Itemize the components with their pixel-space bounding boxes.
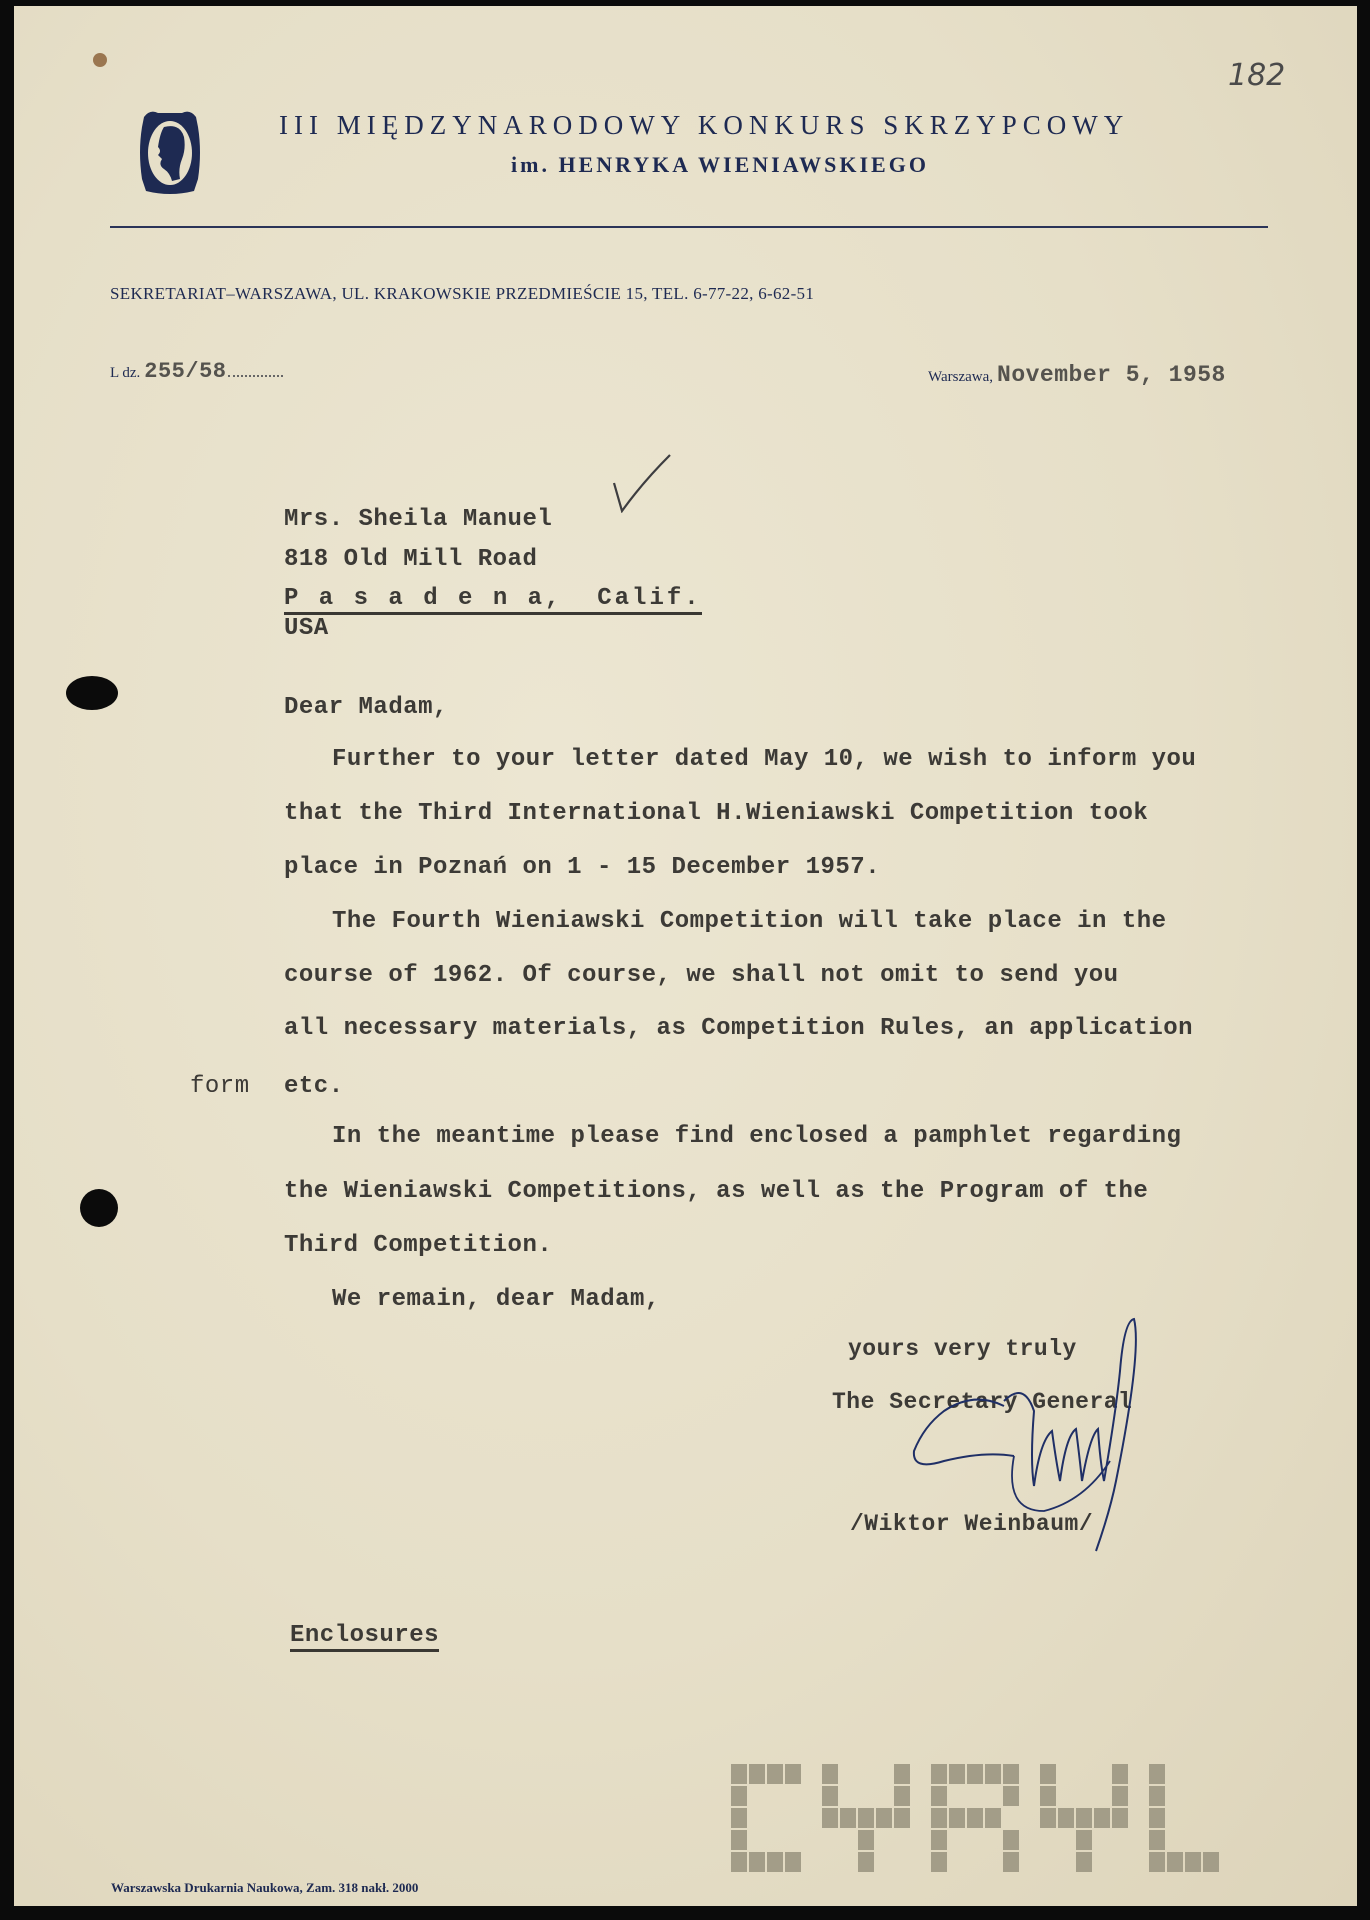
archive-page-number: 182 [1228, 58, 1285, 93]
body-line: place in Poznań on 1 - 15 December 1957. [284, 854, 880, 881]
place-date: Warszawa, November 5, 1958 [928, 362, 1226, 388]
rust-stain [93, 53, 107, 67]
reference-number: L dz. 255/58 [110, 359, 283, 384]
enclosures-label: Enclosures [290, 1622, 439, 1652]
printer-imprint: Warszawska Drukarnia Naukowa, Zam. 318 n… [111, 1880, 418, 1896]
portrait-emblem-icon [136, 107, 204, 197]
letterhead-subtitle: im. HENRYKA WIENIAWSKIEGO [511, 152, 929, 178]
body-line: the Wieniawski Competitions, as well as … [284, 1178, 1148, 1205]
punch-hole-bottom [80, 1189, 118, 1227]
body-line: Further to your letter dated May 10, we … [332, 746, 1196, 773]
body-line-etc: etc. [284, 1073, 344, 1100]
closing-line: We remain, dear Madam, [332, 1286, 660, 1313]
reference-label: L dz. [110, 365, 140, 381]
body-line: all necessary materials, as Competition … [284, 1015, 1193, 1042]
reference-value: 255/58 [144, 359, 226, 384]
body-line: Third Competition. [284, 1232, 552, 1259]
checkmark-icon [612, 453, 672, 513]
secretariat-address: SEKRETARIAT–WARSZAWA, UL. KRAKOWSKIE PRZ… [110, 284, 814, 304]
letterhead-title: III MIĘDZYNARODOWY KONKURS SKRZYPCOWY [279, 110, 1129, 141]
body-line: In the meantime please find enclosed a p… [332, 1123, 1181, 1150]
recipient-street: 818 Old Mill Road [284, 546, 537, 573]
body-line: course of 1962. Of course, we shall not … [284, 962, 1119, 989]
body-line: that the Third International H.Wieniawsk… [284, 800, 1148, 827]
punch-hole-top [66, 676, 118, 710]
recipient-city: P a s a d e n a, Calif. [284, 585, 702, 615]
letterhead-divider [110, 226, 1268, 228]
body-line: The Fourth Wieniawski Competition will t… [332, 908, 1167, 935]
place-label: Warszawa, [928, 369, 993, 385]
signatory-name: /Wiktor Weinbaum/ [850, 1511, 1093, 1537]
salutation: Dear Madam, [284, 694, 448, 721]
body-line-form: form [190, 1073, 250, 1100]
letter-date: November 5, 1958 [997, 362, 1226, 388]
letter-page: 182 III MIĘDZYNARODOWY KONKURS SKRZYPCOW… [14, 6, 1357, 1906]
recipient-country: USA [284, 615, 329, 642]
recipient-name: Mrs. Sheila Manuel [284, 506, 552, 533]
